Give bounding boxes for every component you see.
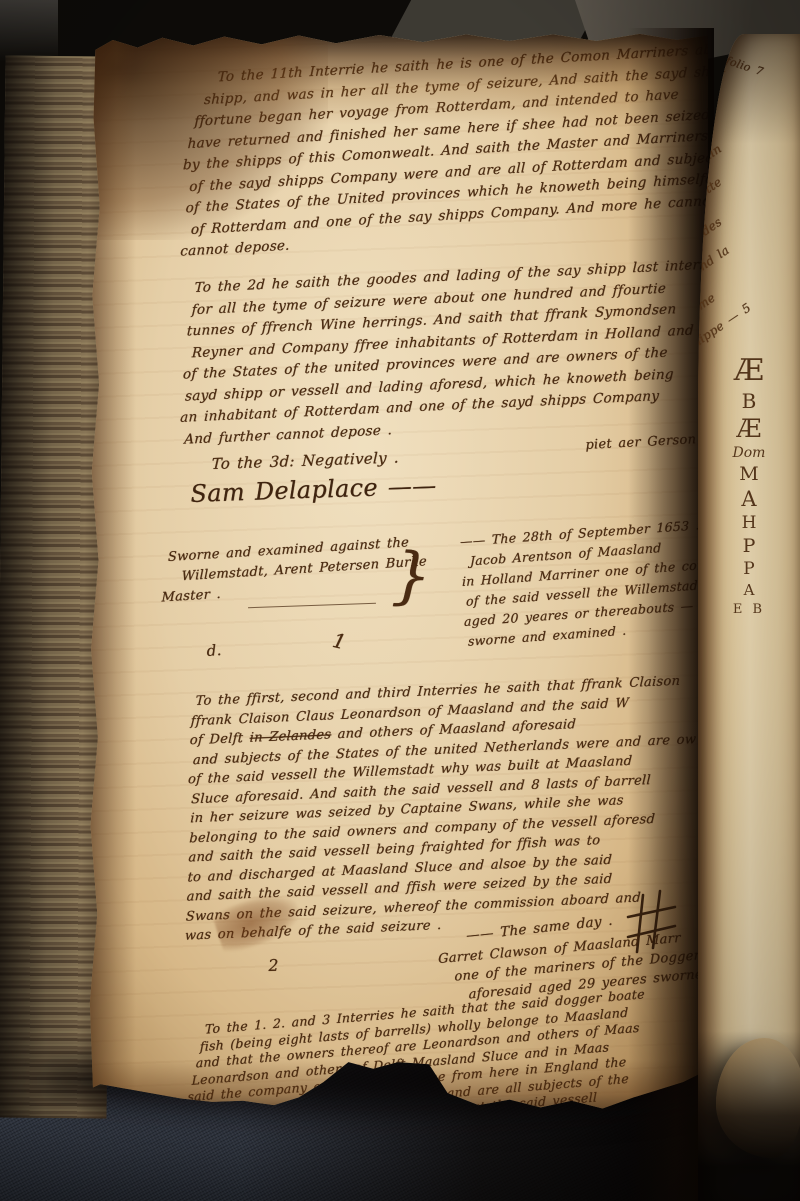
facing-page-bottom-shadow <box>698 1031 800 1201</box>
entry-number: 2 <box>268 956 279 975</box>
merchant-mark: H <box>742 515 757 532</box>
margin-mark-d: d. <box>206 641 222 660</box>
merchant-mark: Æ <box>736 416 761 441</box>
background-patch <box>0 0 58 62</box>
merchant-mark: Dom <box>733 446 766 460</box>
merchant-mark: Æ <box>734 356 764 386</box>
manuscript-page: To the 11th Interrie he saith he is one … <box>88 30 708 1135</box>
handwriting-fragment: hieme <box>698 290 718 323</box>
merchant-mark: E B <box>733 603 765 616</box>
merchant-mark: P <box>743 561 754 578</box>
merchant-mark: A <box>741 489 756 510</box>
struck-text: in Zelandes <box>249 727 331 745</box>
fore-edge-merchant-marks: ÆBÆDomMAHPPAE B <box>722 356 776 616</box>
merchant-mark: A <box>744 583 755 598</box>
facing-page: folio 7 gonne thffor hde Gainhe Rotteala… <box>698 34 800 1201</box>
merchant-mark: M <box>739 465 758 484</box>
handwriting-fragment: ne and la <box>698 243 732 290</box>
background-shelf-wedge <box>389 0 601 42</box>
line-segment: of Delft <box>189 731 250 749</box>
manuscript-photo: To the 11th Interrie he saith he is one … <box>0 0 800 1201</box>
merchant-mark: P <box>743 537 756 556</box>
facing-page-top-shadow <box>698 34 800 144</box>
marginal-brace: } <box>390 538 432 612</box>
merchant-mark: B <box>742 391 757 411</box>
